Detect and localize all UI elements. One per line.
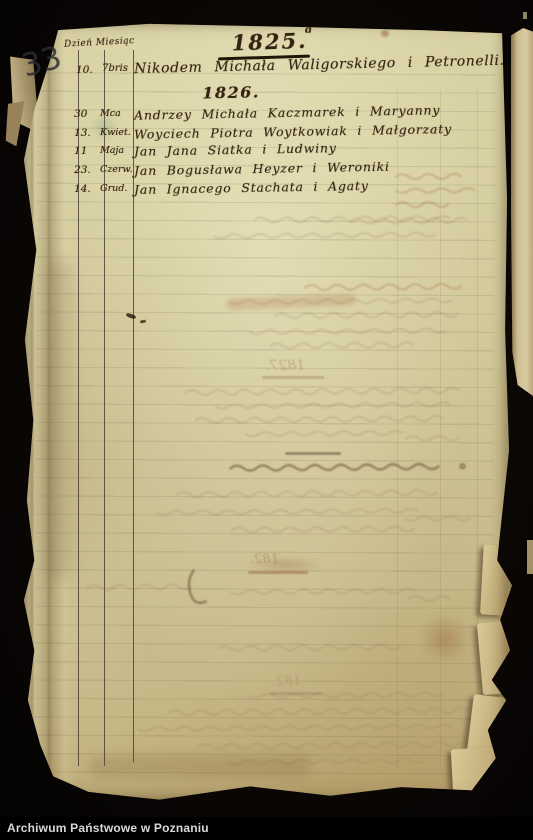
bleedthrough-underline xyxy=(248,571,308,574)
entry-month: Kwiet. xyxy=(100,127,131,138)
entry-day: 10. xyxy=(76,64,93,76)
archive-caption: Archiwum Państwowe w Poznaniu xyxy=(7,821,209,835)
bleedthrough-year: 182. xyxy=(250,552,279,568)
year-title-1826: 1826. xyxy=(186,82,276,103)
entry-day: 30 xyxy=(74,108,87,120)
bleedthrough-underline xyxy=(270,692,322,695)
bleedthrough-underline xyxy=(285,452,341,455)
entry-day: 23. xyxy=(74,164,91,176)
next-page-sliver-bit xyxy=(527,540,533,574)
torn-edge-strip xyxy=(480,544,510,615)
bleedthrough-year: 1827. xyxy=(265,358,305,375)
entry-day: 13. xyxy=(74,127,91,139)
year-superscript: d xyxy=(305,25,314,36)
entry-month: 7bris xyxy=(102,63,128,74)
entry-day: 11 xyxy=(74,145,87,157)
year-title-1825-text: 1825. xyxy=(231,28,308,56)
entry-month: Grud. xyxy=(100,183,127,194)
photo-background: Dzień Miesiąc 1825.d 10. 7bris Nikodem M… xyxy=(0,0,533,840)
next-page-sliver xyxy=(511,28,533,396)
entry-day: 14. xyxy=(74,183,91,195)
entry-month: Mca xyxy=(100,108,121,119)
bleedthrough-year: 182. xyxy=(272,674,301,690)
torn-edge-strip xyxy=(477,621,513,695)
entry-month: Czerw. xyxy=(100,164,132,175)
paper-speck xyxy=(523,12,527,19)
year-title-1825: 1825.d xyxy=(212,27,337,56)
entry-month: Maja xyxy=(100,145,124,156)
archive-caption-bar: Archiwum Państwowe w Poznaniu xyxy=(0,817,533,840)
register-page: Dzień Miesiąc 1825.d 10. 7bris Nikodem M… xyxy=(16,20,512,802)
torn-edge-strip xyxy=(451,747,507,794)
bleedthrough-underline xyxy=(262,376,324,379)
scanned-archive-photo: Dzień Miesiąc 1825.d 10. 7bris Nikodem M… xyxy=(0,0,533,840)
